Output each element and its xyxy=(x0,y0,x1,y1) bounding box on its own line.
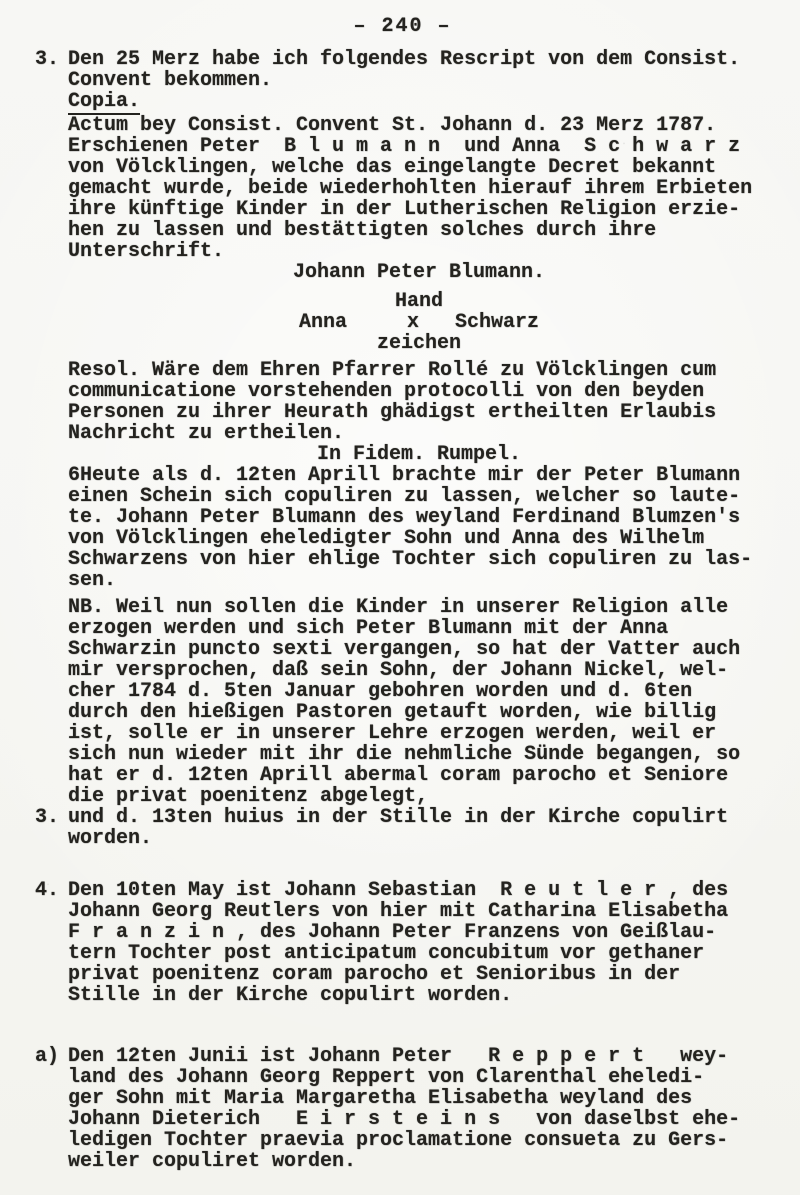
paragraph-line: worden. xyxy=(68,828,770,849)
paragraph-line: erzogen werden und sich Peter Blumann mi… xyxy=(68,618,770,639)
entry-3b-body: und d. 13ten huius in der Stille in der … xyxy=(68,807,770,849)
paragraph-line: und d. 13ten huius in der Stille in der … xyxy=(68,807,770,828)
entry-3-marker: 3. xyxy=(35,49,68,807)
paragraph-line: gemacht wurde, beide wiederhohlten hiera… xyxy=(68,178,770,199)
paragraph-line: land des Johann Georg Reppert von Claren… xyxy=(68,1067,770,1088)
paragraph-line: Erschienen Peter B l u m a n n und Anna … xyxy=(68,136,770,157)
paragraph-line: hen zu lassen und bestättigten solches d… xyxy=(68,220,770,241)
entry-3-continuation: 3. und d. 13ten huius in der Stille in d… xyxy=(35,807,770,849)
paragraph-line: NB. Weil nun sollen die Kinder in unsere… xyxy=(68,597,770,618)
paragraph-line: Convent bekommen. xyxy=(68,70,770,91)
paragraph-line: Resol. Wäre dem Ehren Pfarrer Rollé zu V… xyxy=(68,360,770,381)
paragraph-line: mir versprochen, daß sein Sohn, der Joha… xyxy=(68,660,770,681)
entry-3-body: Den 25 Merz habe ich folgendes Rescript … xyxy=(68,49,770,807)
paragraph-line: F r a n z i n , des Johann Peter Franzen… xyxy=(68,922,770,943)
entry-3: 3. Den 25 Merz habe ich folgendes Rescri… xyxy=(35,49,770,807)
paragraph-line: Den 25 Merz habe ich folgendes Rescript … xyxy=(68,49,770,70)
hand-label: Hand xyxy=(68,291,770,312)
entry-a-body: Den 12ten Junii ist Johann Peter R e p p… xyxy=(68,1046,770,1172)
paragraph-line: einen Schein sich copuliren zu lassen, w… xyxy=(68,486,770,507)
paragraph-line: hat er d. 12ten Aprill abermal coram par… xyxy=(68,765,770,786)
paragraph-line: von Völcklingen eheledigter Sohn und Ann… xyxy=(68,528,770,549)
paragraph-line: ihre künftige Kinder in der Lutherischen… xyxy=(68,199,770,220)
paragraph-line: 6Heute als d. 12ten Aprill brachte mir d… xyxy=(68,465,770,486)
page-number: – 240 – xyxy=(35,16,770,37)
paragraph-line: privat poenitenz coram parocho et Senior… xyxy=(68,964,770,985)
document-page: – 240 – 3. Den 25 Merz habe ich folgende… xyxy=(0,0,800,1195)
paragraph-line: von Völcklingen, welche das eingelangte … xyxy=(68,157,770,178)
paragraph-line: Schwarzens von hier ehlige Tochter sich … xyxy=(68,549,770,570)
paragraph-line: ger Sohn mit Maria Margaretha Elisabetha… xyxy=(68,1088,770,1109)
entry-a: a) Den 12ten Junii ist Johann Peter R e … xyxy=(35,1046,770,1172)
signature-line: Johann Peter Blumann. xyxy=(68,262,770,283)
paragraph-line: ledigen Tochter praevia proclamatione co… xyxy=(68,1130,770,1151)
paragraph-line: Unterschrift. xyxy=(68,241,770,262)
paragraph-line: communicatione vorstehenden protocolli v… xyxy=(68,381,770,402)
paragraph-line: Actum bey Consist. Convent St. Johann d.… xyxy=(68,115,770,136)
paragraph-line: Nachricht zu ertheilen. xyxy=(68,423,770,444)
paragraph-line: Schwarzin puncto sexti vergangen, so hat… xyxy=(68,639,770,660)
entry-4-marker: 4. xyxy=(35,880,68,1006)
paragraph-line: sen. xyxy=(68,570,770,591)
zeichen-label: zeichen xyxy=(68,333,770,354)
copia-underlined-text: Copia. xyxy=(68,91,140,115)
fidem-line: In Fidem. Rumpel. xyxy=(68,444,770,465)
paragraph-line: te. Johann Peter Blumann des weyland Fer… xyxy=(68,507,770,528)
paragraph-line: tern Tochter post anticipatum concubitum… xyxy=(68,943,770,964)
paragraph-line: durch den hießigen Pastoren getauft word… xyxy=(68,702,770,723)
paragraph-line: sich nun wieder mit ihr die nehmliche Sü… xyxy=(68,744,770,765)
entry-a-marker: a) xyxy=(35,1046,68,1172)
copia-heading: Copia. xyxy=(68,91,770,115)
entry-3b-marker: 3. xyxy=(35,807,68,849)
paragraph-line: Johann Dieterich E i r s t e i n s von d… xyxy=(68,1109,770,1130)
paragraph-line: weiler copuliret worden. xyxy=(68,1151,770,1172)
paragraph-line: Den 12ten Junii ist Johann Peter R e p p… xyxy=(68,1046,770,1067)
entry-4-body: Den 10ten May ist Johann Sebastian R e u… xyxy=(68,880,770,1006)
paragraph-line: cher 1784 d. 5ten Januar gebohren worden… xyxy=(68,681,770,702)
paragraph-line: Johann Georg Reutlers von hier mit Catha… xyxy=(68,901,770,922)
paragraph-line: Stille in der Kirche copulirt worden. xyxy=(68,985,770,1006)
entry-4: 4. Den 10ten May ist Johann Sebastian R … xyxy=(35,880,770,1006)
paragraph-line: ist, solle er in unserer Lehre erzogen w… xyxy=(68,723,770,744)
paragraph-line: Personen zu ihrer Heurath ghädigst erthe… xyxy=(68,402,770,423)
handmark-row: Anna x Schwarz xyxy=(68,312,770,333)
paragraph-line: die privat poenitenz abgelegt, xyxy=(68,786,770,807)
paragraph-line: Den 10ten May ist Johann Sebastian R e u… xyxy=(68,880,770,901)
